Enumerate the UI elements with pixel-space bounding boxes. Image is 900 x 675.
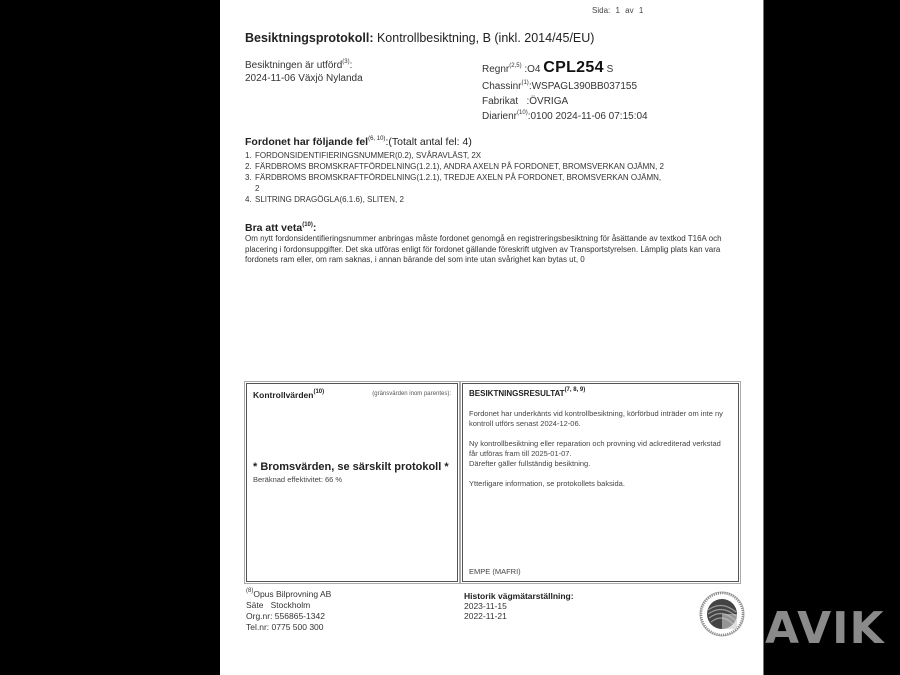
odometer-date: 2023-11-15 <box>464 601 574 611</box>
fault-text: FÄRDBROMS BROMSKRAFTFÖRDELNING(1.2.1), A… <box>255 162 664 171</box>
fabrikat-label: Fabrikat <box>482 96 518 107</box>
good-to-know-heading: Bra att veta(10): <box>245 222 745 234</box>
title-bold: Besiktningsprotokoll: <box>245 31 373 45</box>
inspection-label: Besiktningen är utförd <box>245 60 342 71</box>
good-to-know-text: Om nytt fordonsidentifieringsnummer anbr… <box>245 234 745 266</box>
faults-sup: (6, 10) <box>368 136 385 142</box>
inspection-sup: (3) <box>342 59 349 65</box>
fabrikat-row: Fabrikat :ÖVRIGA <box>482 94 648 109</box>
watermark-logo: AVIK <box>765 603 885 654</box>
fault-text: SLITRING DRAGÖGLA(6.1.6), SLITEN, 2 <box>255 195 404 204</box>
regnr-prefix: O4 <box>527 64 540 75</box>
diarienr-row: Diarienr(10):0100 2024-11-06 07:15:04 <box>482 109 648 124</box>
fault-number: 1. <box>245 150 255 161</box>
regnr-label: Regnr <box>482 64 509 75</box>
company-telnr: Tel.nr: 0775 500 300 <box>246 622 331 633</box>
page-label: Sida: <box>592 6 610 15</box>
fault-number: 2. <box>245 161 255 172</box>
control-values-box: Kontrollvärden(10) (gränsvärden inom par… <box>246 383 458 582</box>
fault-item: 3.FÄRDBROMS BROMSKRAFTFÖRDELNING(1.2.1),… <box>245 172 745 194</box>
result-thereafter: Därefter gäller fullständig besiktning. <box>469 459 731 469</box>
fault-number: 3. <box>245 172 255 183</box>
odometer-history: Historik vägmätarställning: 2023-11-15 2… <box>464 591 574 621</box>
page-of: av <box>625 6 633 15</box>
accreditation-seal-icon <box>698 590 746 638</box>
brake-values-note: * Bromsvärden, se särskilt protokoll * <box>253 461 449 473</box>
odometer-heading: Historik vägmätarställning: <box>464 591 574 601</box>
chassinr-row: Chassinr(1):WSPAGL390BB037155 <box>482 79 648 94</box>
good-to-know-section: Bra att veta(10): Om nytt fordonsidentif… <box>245 222 745 266</box>
odometer-date: 2022-11-21 <box>464 611 574 621</box>
document-title: Besiktningsprotokoll: Kontrollbesiktning… <box>245 31 594 45</box>
faults-heading-text: Fordonet har följande fel <box>245 136 368 148</box>
regnr-row: Regnr(2,5) :O4 CPL254 S <box>482 59 648 79</box>
inspector-signature: EMPE (MAFRI) <box>469 567 521 576</box>
diarienr-sup: (10) <box>517 110 528 116</box>
fault-item: 4.SLITRING DRAGÖGLA(6.1.6), SLITEN, 2 <box>245 194 745 205</box>
chassinr-label: Chassinr <box>482 81 521 92</box>
regnr-sup: (2,5) <box>509 63 521 69</box>
fault-item: 2.FÄRDBROMS BROMSKRAFTFÖRDELNING(1.2.1),… <box>245 161 745 172</box>
result-heading-text: BESIKTNINGSRESULTAT <box>469 389 565 398</box>
fabrikat-value: ÖVRIGA <box>529 96 568 107</box>
fault-number: 4. <box>245 194 255 205</box>
good-to-know-sup: (10) <box>302 222 313 228</box>
company-orgnr: Org.nr: 556865-1342 <box>246 611 331 622</box>
result-body: Fordonet har underkänts vid kontrollbesi… <box>469 409 731 499</box>
company-info: (8)Opus Bilprovning AB Säte Stockholm Or… <box>246 589 331 633</box>
fault-text: FORDONSIDENTIFIERINGSNUMMER(0.2), SVÅRAV… <box>255 151 481 160</box>
control-values-heading: Kontrollvärden(10) <box>253 390 324 400</box>
result-sup: (7, 8, 9) <box>565 387 586 393</box>
inspection-result-box: BESIKTNINGSRESULTAT(7, 8, 9) Fordonet ha… <box>462 383 739 582</box>
good-to-know-heading-text: Bra att veta <box>245 222 302 234</box>
regnr-value: CPL254 <box>543 59 604 76</box>
faults-section: Fordonet har följande fel(6, 10):(Totalt… <box>245 136 745 205</box>
control-values-subheading: (gränsvärden inom parentes): <box>372 391 451 397</box>
page-current: 1 <box>615 6 619 15</box>
fault-item: 1.FORDONSIDENTIFIERINGSNUMMER(0.2), SVÅR… <box>245 150 745 161</box>
brake-efficiency: Beräknad effektivitet: 66 % <box>253 475 342 484</box>
company-seat: Säte Stockholm <box>246 600 331 611</box>
diarienr-label: Diarienr <box>482 111 517 122</box>
diarienr-value: 0100 2024-11-06 07:15:04 <box>530 111 647 122</box>
result-verdict: Fordonet har underkänts vid kontrollbesi… <box>469 409 731 429</box>
inspection-value: 2024-11-06 Växjö Nylanda <box>245 72 363 85</box>
result-more-info: Ytterligare information, se protokollets… <box>469 479 731 489</box>
inspection-info: Besiktningen är utförd(3): 2024-11-06 Vä… <box>245 59 363 85</box>
faults-list: 1.FORDONSIDENTIFIERINGSNUMMER(0.2), SVÅR… <box>245 150 745 205</box>
title-rest: Kontrollbesiktning, B (inkl. 2014/45/EU) <box>377 31 594 45</box>
regnr-suffix: S <box>607 64 614 75</box>
fault-text-continued: 2 <box>245 183 745 194</box>
faults-total: :(Totalt antal fel: 4) <box>385 136 471 148</box>
chassinr-value: WSPAGL390BB037155 <box>532 81 637 92</box>
control-values-sup: (10) <box>313 389 324 395</box>
control-values-heading-text: Kontrollvärden <box>253 390 313 400</box>
fault-text: FÄRDBROMS BROMSKRAFTFÖRDELNING(1.2.1), T… <box>255 173 661 182</box>
vehicle-info: Regnr(2,5) :O4 CPL254 S Chassinr(1):WSPA… <box>482 59 648 124</box>
result-reinspection: Ny kontrollbesiktning eller reparation o… <box>469 439 731 459</box>
page-number: Sida: 1 av 1 <box>592 6 643 15</box>
chassinr-sup: (1) <box>521 80 528 86</box>
protocol-page: Sida: 1 av 1 Besiktningsprotokoll: Kontr… <box>220 0 764 675</box>
page-total: 1 <box>639 6 643 15</box>
faults-heading: Fordonet har följande fel(6, 10):(Totalt… <box>245 136 745 148</box>
company-name: Opus Bilprovning AB <box>253 589 331 599</box>
result-heading: BESIKTNINGSRESULTAT(7, 8, 9) <box>469 389 585 398</box>
